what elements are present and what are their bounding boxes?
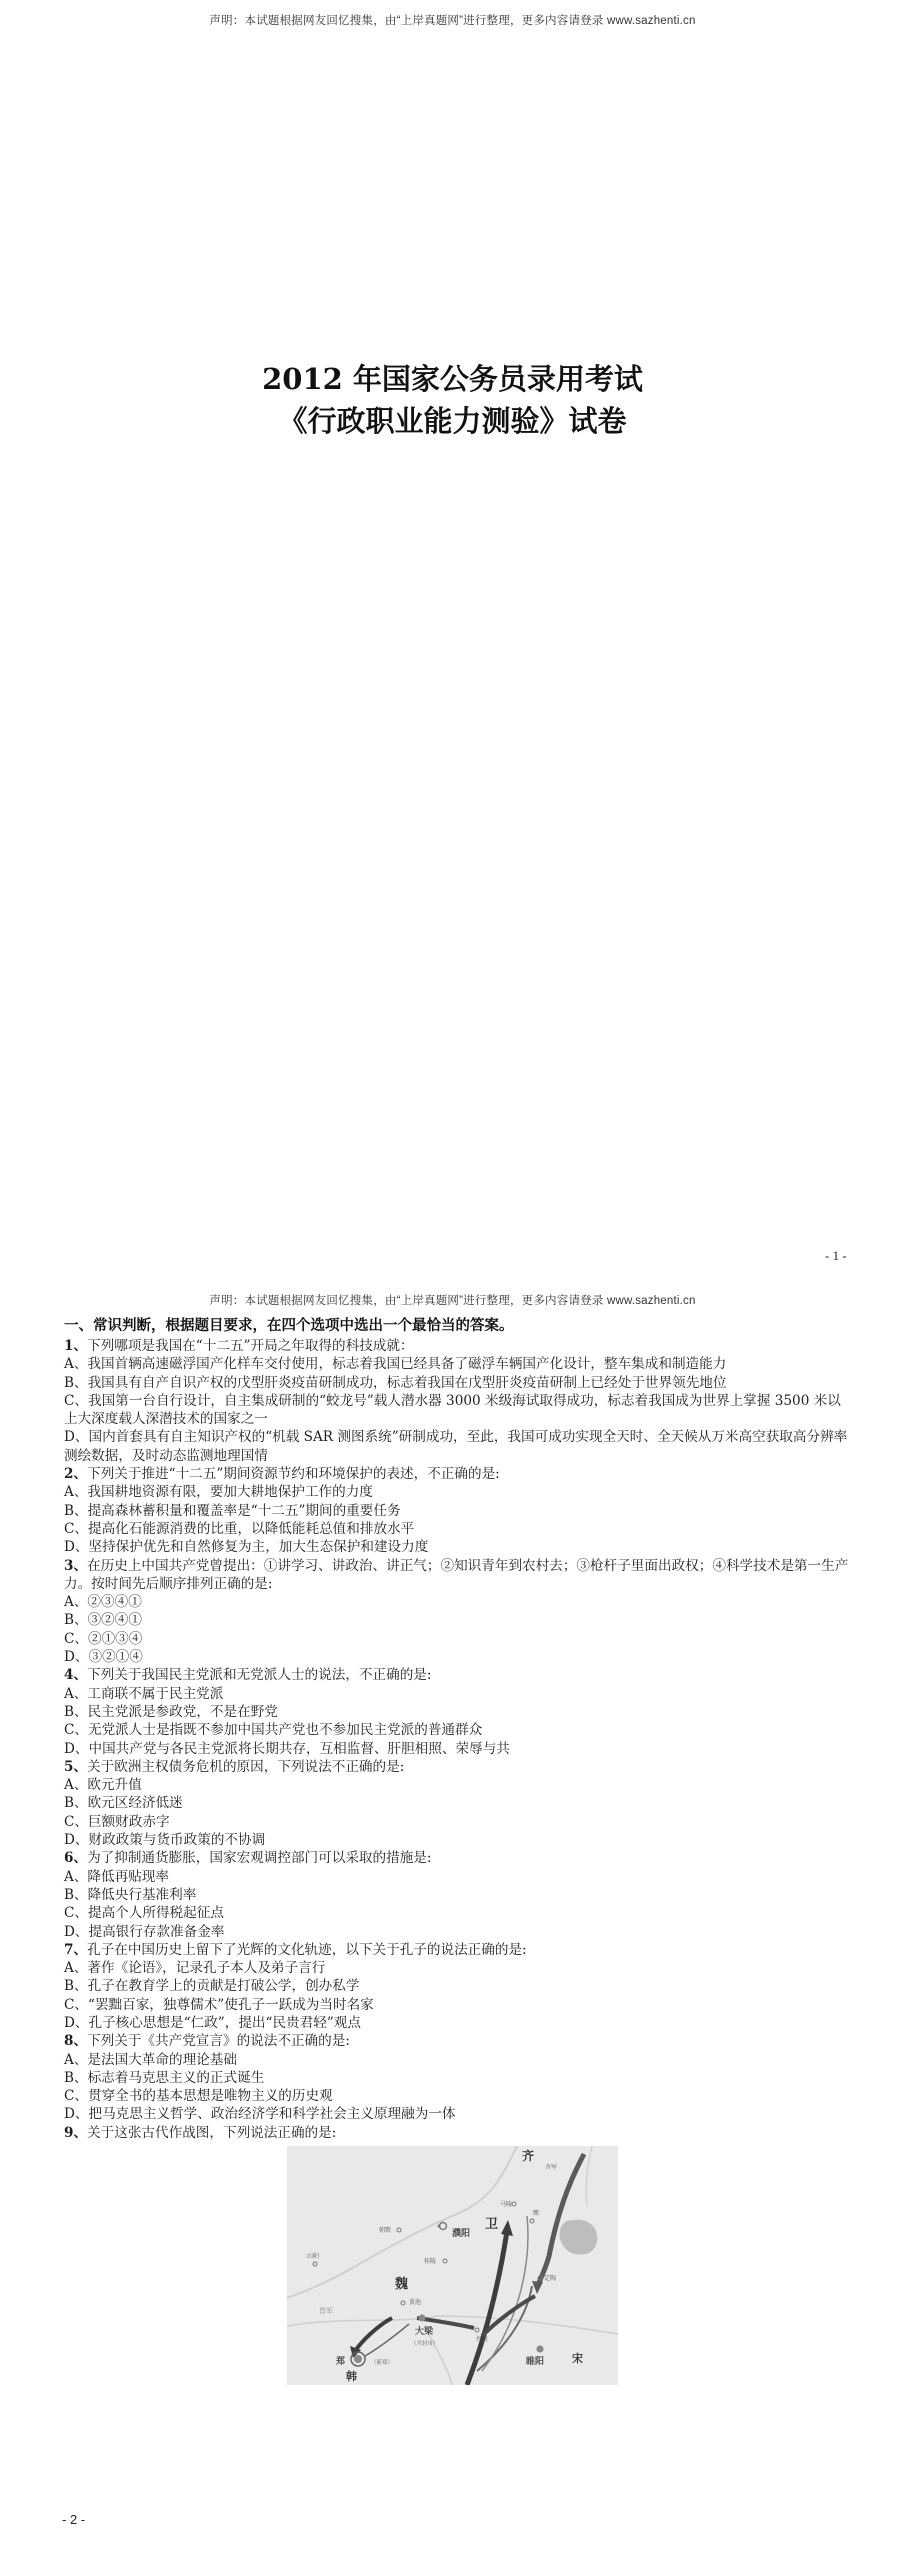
question-stem: 3、在历史上中国共产党曾提出：①讲学习、讲政治、讲正气；②知识青年到农村去；③枪… (64, 1557, 854, 1594)
label-waihuang: 外黄 (476, 2335, 489, 2343)
option-c: C、提高个人所得税起征点 (64, 1904, 854, 1922)
option-c: C、②①③④ (64, 1630, 854, 1648)
question-text: 下列哪项是我国在“十二五”开局之年取得的科技成就： (87, 1338, 414, 1354)
option-c: C、贯穿全书的基本思想是唯物主义的历史观 (64, 2087, 854, 2105)
label-guiling: 桂陵 (424, 2257, 436, 2265)
question-stem: 9、关于这张古代作战图，下列说法正确的是: (64, 2124, 854, 2142)
question-content: 一、常识判断，根据题目要求，在四个选项中选出一个最恰当的答案。 1、下列哪项是我… (64, 1316, 854, 2385)
question-text: 下列关于我国民主党派和无党派人士的说法，不正确的是: (87, 1667, 431, 1683)
option-a: A、我国首辆高速磁浮国产化样车交付使用，标志着我国已经具备了磁浮车辆国产化设计，… (64, 1355, 854, 1373)
question-number: 2、 (64, 1466, 87, 1482)
question-stem: 2、下列关于推进“十二五”期间资源节约和环境保护的表述，不正确的是: (64, 1465, 854, 1483)
option-b: B、③②④① (64, 1611, 854, 1629)
label-zheng: 郑 (335, 2355, 345, 2367)
question-number: 6、 (64, 1850, 87, 1866)
option-b: B、欧元区经济低迷 (64, 1794, 854, 1812)
option-b: B、标志着马克思主义的正式诞生 (64, 2069, 854, 2087)
label-juan: 鄄 (533, 2209, 539, 2217)
disclaimer-header: 声明：本试题根据网友回忆搜集，由“上岸真题网”进行整理，更多内容请登录 www.… (0, 1292, 905, 1308)
option-d: D、提高银行存款准备金率 (64, 1923, 854, 1941)
question-9: 9、关于这张古代作战图，下列说法正确的是: (64, 2124, 854, 2385)
question-5: 5、关于欧洲主权债务危机的原因，下列说法不正确的是: A、欧元升值 B、欧元区经… (64, 1758, 854, 1849)
label-wei-state: 卫 (485, 2217, 498, 2232)
map-graphic: 齐 齐军 卫 濮阳 马陵 鄄 朝歌 山阳 桂陵 魏 黄池 定陶 晋军 大梁 (287, 2146, 618, 2385)
label-suiyang: 睢阳 (526, 2355, 544, 2367)
question-8: 8、下列关于《共产党宣言》的说法不正确的是: A、是法国大革命的理论基础 B、标… (64, 2032, 854, 2123)
option-b: B、民主党派是参政党，不是在野党 (64, 1703, 854, 1721)
option-c: C、提高化石能源消费的比重，以降低能耗总值和排放水平 (64, 1520, 854, 1538)
label-song: 宋 (572, 2351, 583, 2365)
question-number: 7、 (64, 1942, 87, 1958)
option-d: D、孔子核心思想是“仁政”，提出“民贵君轻”观点 (64, 2014, 854, 2032)
label-kaifeng: （开封市） (411, 2339, 439, 2347)
question-text: 在历史上中国共产党曾提出：①讲学习、讲政治、讲正气；②知识青年到农村去；③枪杆子… (64, 1558, 848, 1592)
label-daliang: 大梁 (415, 2325, 434, 2337)
option-d: D、把马克思主义哲学、政治经济学和科学社会主义原理融为一体 (64, 2105, 854, 2123)
question-6: 6、为了抑制通货膨胀，国家宏观调控部门可以采取的措施是: A、降低再贴现率 B、… (64, 1849, 854, 1940)
option-b: B、提高森林蓄积量和覆盖率是“十二五”期间的重要任务 (64, 1502, 854, 1520)
option-d: D、③②①④ (64, 1648, 854, 1666)
label-chaoge: 朝歌 (379, 2226, 391, 2234)
page-1: 声明：本试题根据网友回忆搜集，由“上岸真题网”进行整理，更多内容请登录 www.… (0, 0, 905, 1290)
option-b: B、降低央行基准利率 (64, 1886, 854, 1904)
question-stem: 5、关于欧洲主权债务危机的原因，下列说法不正确的是: (64, 1758, 854, 1776)
label-maling: 马陵 (500, 2200, 512, 2208)
question-number: 9、 (64, 2125, 87, 2141)
option-d: D、财政政策与货币政策的不协调 (64, 1831, 854, 1849)
option-d: D、国内首套具有自主知识产权的“机载 SAR 测图系统”研制成功，至此，我国可成… (64, 1428, 854, 1465)
question-text: 下列关于推进“十二五”期间资源节约和环境保护的表述，不正确的是: (87, 1466, 500, 1482)
label-han: 韩 (346, 2369, 357, 2383)
option-c: C、巨额财政赤字 (64, 1813, 854, 1831)
label-huangchi: 黄池 (409, 2298, 421, 2306)
option-d: D、坚持保护优先和自然修复为主，加大生态保护和建设力度 (64, 1538, 854, 1556)
question-number: 8、 (64, 2033, 87, 2049)
ancient-battle-map: 齐 齐军 卫 濮阳 马陵 鄄 朝歌 山阳 桂陵 魏 黄池 定陶 晋军 大梁 (287, 2146, 618, 2385)
question-stem: 8、下列关于《共产党宣言》的说法不正确的是: (64, 2032, 854, 2050)
question-7: 7、孔子在中国历史上留下了光辉的文化轨迹，以下关于孔子的说法正确的是: A、著作… (64, 1941, 854, 2032)
question-1: 1、下列哪项是我国在“十二五”开局之年取得的科技成就： A、我国首辆高速磁浮国产… (64, 1337, 854, 1465)
question-stem: 6、为了抑制通货膨胀，国家宏观调控部门可以采取的措施是: (64, 1849, 854, 1867)
option-a: A、欧元升值 (64, 1776, 854, 1794)
question-stem: 4、下列关于我国民主党派和无党派人士的说法，不正确的是: (64, 1666, 854, 1684)
option-c: C、“罢黜百家，独尊儒术”使孔子一跃成为当时名家 (64, 1996, 854, 2014)
question-3: 3、在历史上中国共产党曾提出：①讲学习、讲政治、讲正气；②知识青年到农村去；③枪… (64, 1557, 854, 1667)
option-a: A、降低再贴现率 (64, 1868, 854, 1886)
question-number: 4、 (64, 1667, 87, 1683)
document-title: 2012 年国家公务员录用考试 《行政职业能力测验》试卷 (0, 358, 905, 442)
label-wei: 魏 (395, 2276, 408, 2292)
label-qi-army: 齐军 (545, 2163, 557, 2171)
question-text: 为了抑制通货膨胀，国家宏观调控部门可以采取的措施是: (87, 1850, 431, 1866)
question-number: 5、 (64, 1759, 87, 1775)
option-c: C、无党派人士是指既不参加中国共产党也不参加民主党派的普通群众 (64, 1721, 854, 1739)
option-b: B、我国具有自产自识产权的戊型肝炎疫苗研制成功，标志着我国在戊型肝炎疫苗研制上已… (64, 1374, 854, 1392)
disclaimer-header: 声明：本试题根据网友回忆搜集，由“上岸真题网”进行整理，更多内容请登录 www.… (0, 12, 905, 28)
option-c: C、我国第一台自行设计，自主集成研制的“蛟龙号”载人潜水器 3000 米级海试取… (64, 1392, 854, 1429)
option-a: A、②③④① (64, 1593, 854, 1611)
option-a: A、著作《论语》，记录孔子本人及弟子言行 (64, 1959, 854, 1977)
page-number: - 2 - (62, 2512, 85, 2527)
page-2: 声明：本试题根据网友回忆搜集，由“上岸真题网”进行整理，更多内容请登录 www.… (0, 1290, 905, 2560)
label-qi: 齐 (522, 2148, 534, 2163)
question-text: 关于这张古代作战图，下列说法正确的是: (87, 2125, 336, 2141)
label-puyang: 濮阳 (452, 2227, 470, 2239)
page-number: - 1 - (825, 1248, 847, 1264)
label-jin-army: 晋军 (319, 2306, 333, 2315)
option-a: A、是法国大革命的理论基础 (64, 2051, 854, 2069)
option-b: B、孔子在教育学上的贡献是打破公学，创办私学 (64, 1977, 854, 1995)
question-stem: 7、孔子在中国历史上留下了光辉的文化轨迹，以下关于孔子的说法正确的是: (64, 1941, 854, 1959)
option-a: A、工商联不属于民主党派 (64, 1685, 854, 1703)
option-d: D、中国共产党与各民主党派将长期共存，互相监督、肝胆相照、荣辱与共 (64, 1740, 854, 1758)
label-xinzheng: （新郑） (371, 2358, 393, 2366)
question-text: 孔子在中国历史上留下了光辉的文化轨迹，以下关于孔子的说法正确的是: (87, 1942, 527, 1958)
question-4: 4、下列关于我国民主党派和无党派人士的说法，不正确的是: A、工商联不属于民主党… (64, 1666, 854, 1757)
option-a: A、我国耕地资源有限，要加大耕地保护工作的力度 (64, 1483, 854, 1501)
title-line-1: 2012 年国家公务员录用考试 (0, 358, 905, 400)
label-shanyang: 山阳 (307, 2252, 319, 2260)
question-number: 1、 (64, 1338, 87, 1354)
question-2: 2、下列关于推进“十二五”期间资源节约和环境保护的表述，不正确的是: A、我国耕… (64, 1465, 854, 1556)
question-number: 3、 (64, 1558, 87, 1574)
section-heading: 一、常识判断，根据题目要求，在四个选项中选出一个最恰当的答案。 (64, 1316, 854, 1336)
question-stem: 1、下列哪项是我国在“十二五”开局之年取得的科技成就： (64, 1337, 854, 1355)
question-text: 关于欧洲主权债务危机的原因，下列说法不正确的是: (87, 1759, 404, 1775)
title-line-2: 《行政职业能力测验》试卷 (0, 400, 905, 442)
label-dingtao: 定陶 (544, 2274, 556, 2282)
question-text: 下列关于《共产党宣言》的说法不正确的是: (87, 2033, 350, 2049)
